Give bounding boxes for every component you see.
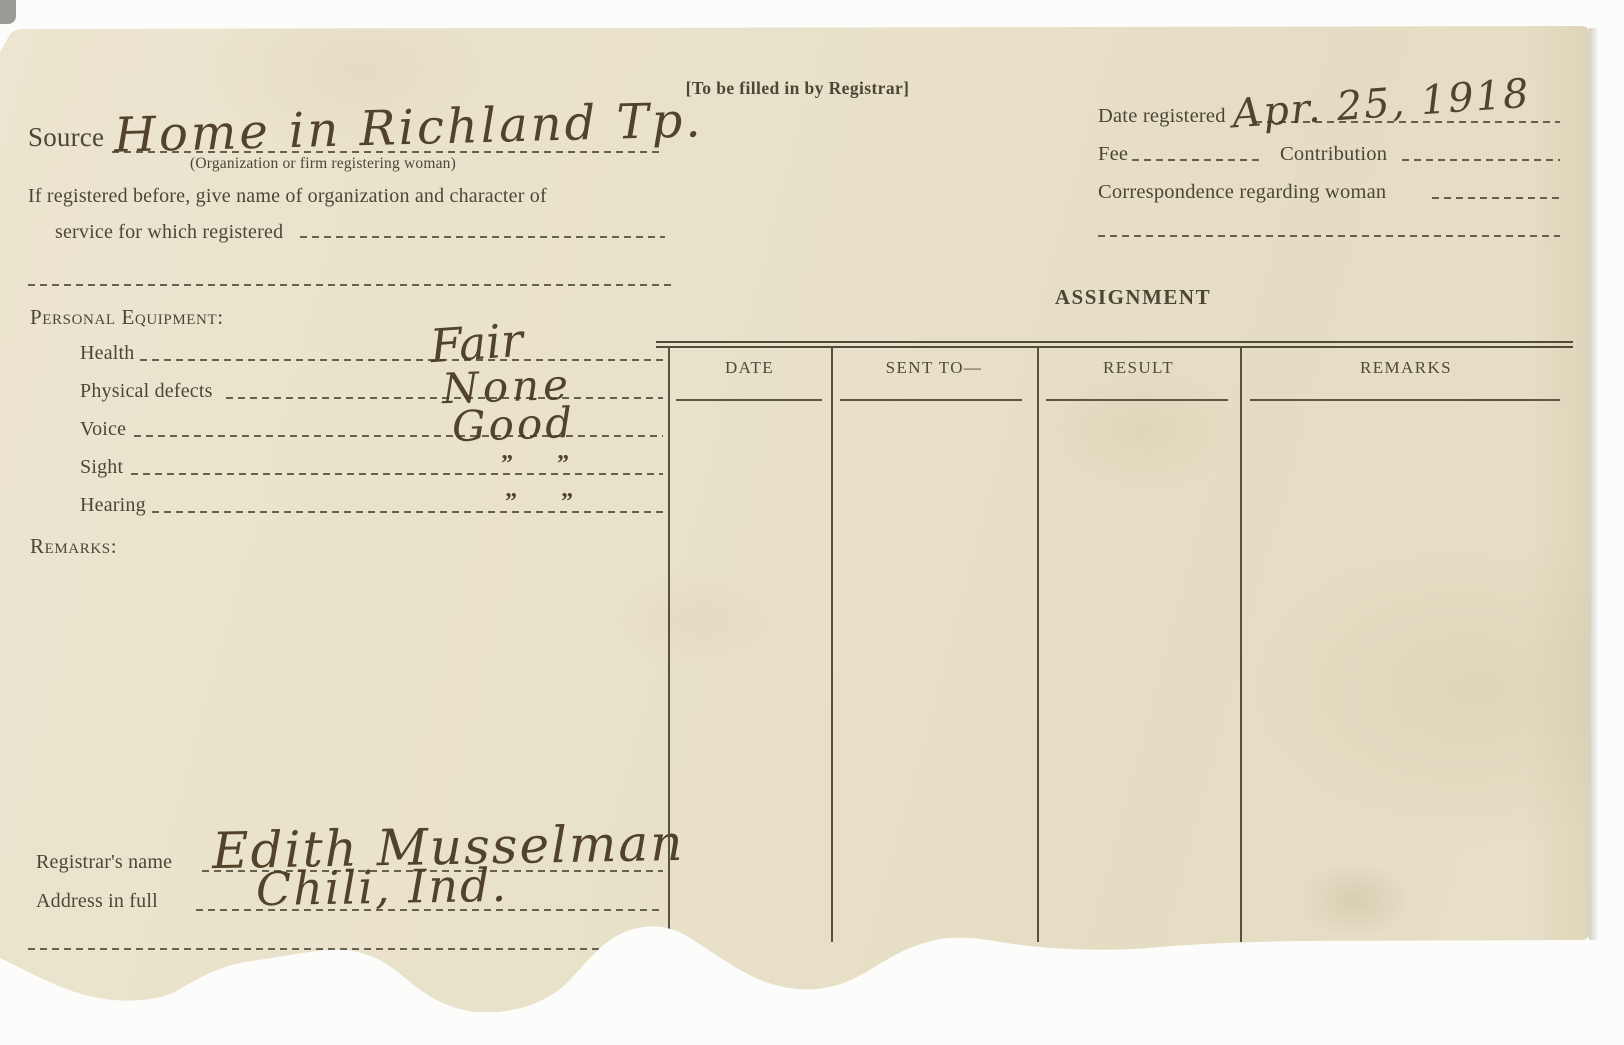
sight-ditto-marks: ” ” <box>501 452 569 476</box>
hearing-label: Hearing <box>80 495 146 515</box>
source-label: Source <box>28 124 104 151</box>
remarks-heading: Remarks: <box>30 536 117 557</box>
dotted-line <box>152 511 663 513</box>
dotted-line <box>134 435 663 437</box>
table-top-double-rule <box>656 341 1573 348</box>
registrar-name-label: Registrar's name <box>36 852 172 872</box>
dotted-line <box>300 236 665 238</box>
dotted-line <box>1402 159 1560 161</box>
correspondence-label: Correspondence regarding woman <box>1098 182 1386 203</box>
dotted-line <box>1132 159 1260 161</box>
date-registered-label: Date registered <box>1098 106 1226 127</box>
hearing-ditto-marks: ” ” <box>505 490 573 514</box>
date-registered-handwritten: Apr. 25, 1918 <box>1231 74 1532 135</box>
column-divider <box>831 347 833 942</box>
registration-card: [To be filled in by Registrar] Source Ho… <box>0 0 1624 1045</box>
dotted-line <box>140 359 663 361</box>
address-handwritten: Chili, Ind. <box>256 862 509 912</box>
health-label: Health <box>80 343 135 363</box>
header-underline <box>1250 399 1560 401</box>
address-label: Address in full <box>36 891 158 911</box>
dotted-line <box>1098 235 1560 237</box>
personal-equipment-heading: Personal Equipment: <box>30 307 224 328</box>
source-handwritten-value: Home in Richland Tp. <box>113 96 704 159</box>
assignment-title: ASSIGNMENT <box>656 287 1572 308</box>
card-shadow <box>1589 28 1599 940</box>
sight-label: Sight <box>80 457 123 477</box>
registered-before-line1: If registered before, give name of organ… <box>28 186 547 206</box>
column-header-date: DATE <box>668 359 831 376</box>
dotted-line <box>28 948 640 950</box>
column-header-remarks: REMARKS <box>1240 359 1572 376</box>
voice-label: Voice <box>80 419 126 439</box>
header-underline <box>1046 399 1228 401</box>
voice-handwritten-value: Good <box>451 402 575 448</box>
column-divider <box>1240 347 1242 942</box>
dotted-line <box>28 284 672 286</box>
dotted-line <box>1432 197 1560 199</box>
source-hint: (Organization or firm registering woman) <box>190 156 456 172</box>
fee-label: Fee <box>1098 144 1128 165</box>
column-header-sent-to: SENT TO— <box>831 359 1037 376</box>
registered-before-line2: service for which registered <box>55 222 283 242</box>
contribution-label: Contribution <box>1280 144 1387 165</box>
column-header-result: RESULT <box>1037 359 1240 376</box>
header-underline <box>840 399 1022 401</box>
column-divider <box>668 347 670 942</box>
column-divider <box>1037 347 1039 942</box>
scanner-edge-mark <box>0 0 16 24</box>
header-underline <box>676 399 822 401</box>
physical-defects-label: Physical defects <box>80 381 213 401</box>
page-background: [To be filled in by Registrar] Source Ho… <box>0 0 1624 1045</box>
dotted-line <box>131 473 663 475</box>
